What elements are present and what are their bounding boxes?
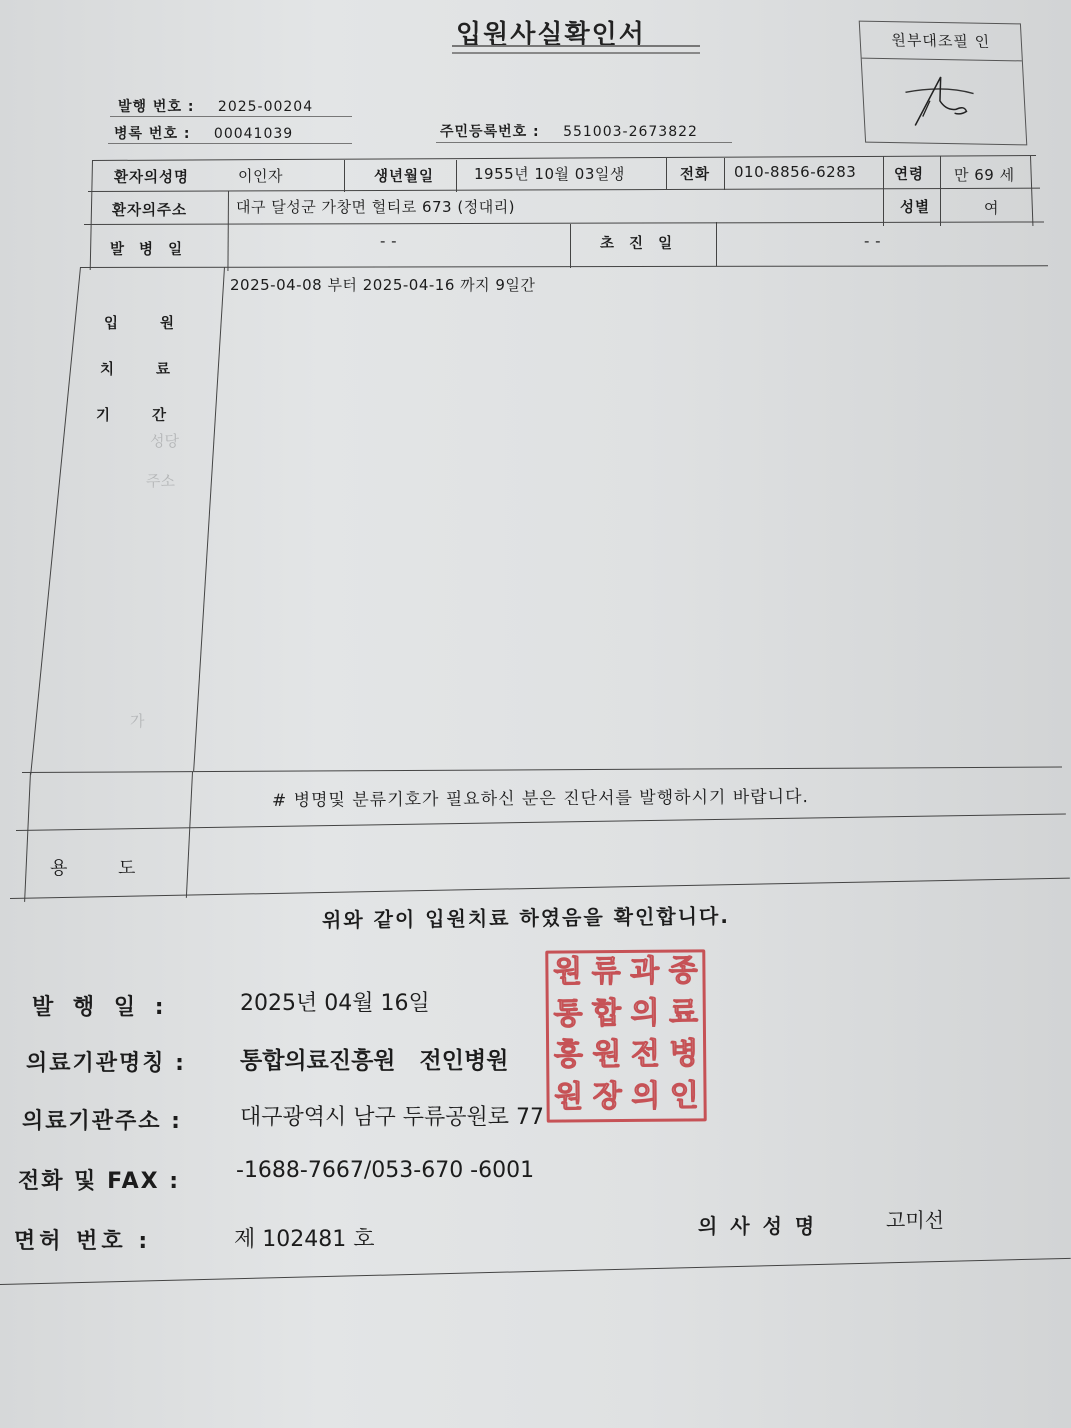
confirmation-text: 위와 같이 입원치료 하였음을 확인합니다. [322, 900, 730, 933]
onset-value: - - [380, 232, 397, 250]
table-border [227, 191, 229, 271]
title-underline [452, 52, 700, 54]
issue-date: 2025년 04월 16일 [240, 986, 430, 1017]
title-underline [452, 45, 700, 47]
table-border [88, 188, 1040, 192]
table-border [30, 267, 81, 775]
hospital-seal: 원류과종통합의료흥원전병원장의인 [545, 949, 706, 1122]
seal-character: 병 [664, 1035, 703, 1077]
bleed-through-text: 주소 [146, 470, 175, 491]
table-border [883, 156, 884, 226]
table-border [16, 814, 1066, 831]
table-border [22, 767, 1062, 773]
admission-label-char: 원 [160, 312, 175, 333]
admission-label-char: 기 [96, 404, 111, 425]
seal-character: 원 [588, 1036, 627, 1078]
institution-name: 통합의료진흥원 전인병원 [240, 1042, 508, 1075]
resident-id: 551003-2673822 [563, 124, 698, 140]
issue-number-label: 발행 번호 : [118, 99, 194, 115]
table-border [344, 160, 345, 192]
admission-period: 2025-04-08 부터 2025-04-16 까지 9일간 [230, 274, 535, 295]
issue-number: 2025-00204 [218, 99, 313, 115]
age-label: 연령 [894, 163, 924, 184]
birth-label: 생년월일 [374, 165, 434, 186]
seal-character: 의 [626, 994, 665, 1036]
patient-address: 대구 달성군 가창면 헐티로 673 (정대리) [236, 196, 515, 217]
seal-character: 인 [665, 1077, 704, 1119]
institution-label: 의료기관명칭 : [26, 1046, 186, 1077]
license-label: 면허 번호 : [14, 1224, 151, 1255]
institution-address-label: 의료기관주소 : [22, 1104, 182, 1135]
record-number-row: 병록 번호 : 00041039 [114, 123, 293, 143]
issue-number-row: 발행 번호 : 2025-00204 [118, 96, 313, 116]
approval-stamp-box: 원부대조필 인 [859, 21, 1028, 146]
sex-value: 여 [984, 197, 999, 218]
table-border [570, 224, 571, 268]
sex-label: 성별 [900, 196, 930, 217]
first-visit-value: - - [864, 232, 881, 250]
phone-number: 010-8856-6283 [734, 163, 856, 181]
seal-character: 원 [548, 953, 587, 995]
seal-character: 종 [664, 952, 703, 994]
doctor-name: 고미선 [886, 1204, 944, 1233]
document-page: 입원사실확인서 원부대조필 인 발행 번호 : 2025-00204 병록 번호… [0, 0, 1071, 1428]
first-visit-label: 초 진 일 [600, 232, 677, 253]
table-border [724, 158, 725, 190]
record-number-label: 병록 번호 : [114, 126, 190, 142]
resident-id-label: 주민등록번호 : [440, 124, 540, 140]
seal-character: 통 [549, 995, 588, 1037]
seal-character: 료 [664, 994, 703, 1036]
seal-character: 원 [549, 1078, 588, 1120]
notice-text: # 병명및 분류기호가 필요하신 분은 진단서를 발행하시기 바랍니다. [272, 782, 809, 811]
patient-name: 이인자 [238, 165, 283, 186]
table-border [456, 160, 457, 192]
age-value: 만 69 세 [954, 164, 1015, 185]
purpose-label-char: 용 [50, 854, 68, 880]
institution-address: 대구광역시 남구 두류공원로 77 [240, 1100, 544, 1131]
admission-label-char: 간 [152, 404, 167, 425]
bleed-through-text: 성당 [150, 430, 179, 451]
phone-label: 전화 [680, 163, 710, 184]
table-border [940, 156, 941, 226]
onset-label: 발 병 일 [110, 238, 187, 259]
resident-id-row: 주민등록번호 : 551003-2673822 [440, 121, 698, 141]
seal-character: 류 [587, 953, 626, 995]
approval-label: 원부대조필 인 [860, 22, 1022, 62]
tel-fax-label: 전화 및 FAX : [18, 1164, 180, 1195]
table-border [10, 878, 1070, 899]
seal-character: 전 [626, 1036, 665, 1078]
table-border [193, 267, 225, 771]
doctor-label: 의 사 성 명 [698, 1210, 817, 1239]
birth-date: 1955년 10월 03일생 [474, 163, 625, 184]
license-number: 제 102481 호 [234, 1222, 374, 1253]
table-border [186, 772, 193, 898]
seal-character: 흥 [549, 1036, 588, 1078]
seal-character: 장 [588, 1077, 627, 1119]
divider [108, 143, 352, 144]
bleed-through-text: 가 [130, 710, 145, 731]
signature-icon [902, 70, 995, 132]
table-border [0, 1258, 1071, 1285]
divider [110, 116, 352, 117]
table-border [1030, 156, 1033, 226]
purpose-label-char: 도 [118, 854, 136, 880]
table-border [90, 160, 93, 270]
seal-character: 과 [625, 953, 664, 995]
table-border [666, 158, 667, 190]
seal-character: 합 [587, 995, 626, 1037]
patient-name-label: 환자의성명 [114, 166, 189, 187]
table-border [24, 772, 31, 902]
admission-label-char: 입 [104, 312, 119, 333]
record-number: 00041039 [214, 126, 293, 142]
seal-character: 의 [626, 1077, 665, 1119]
issue-date-label: 발 행 일 : [32, 990, 170, 1021]
admission-label-char: 치 [100, 358, 115, 379]
admission-label-char: 료 [156, 358, 171, 379]
divider [436, 142, 732, 143]
table-border [80, 265, 1048, 268]
table-border [716, 222, 717, 266]
table-border [92, 155, 1036, 161]
address-label: 환자의주소 [112, 199, 187, 220]
tel-fax: -1688-7667/053-670 -6001 [236, 1158, 534, 1183]
